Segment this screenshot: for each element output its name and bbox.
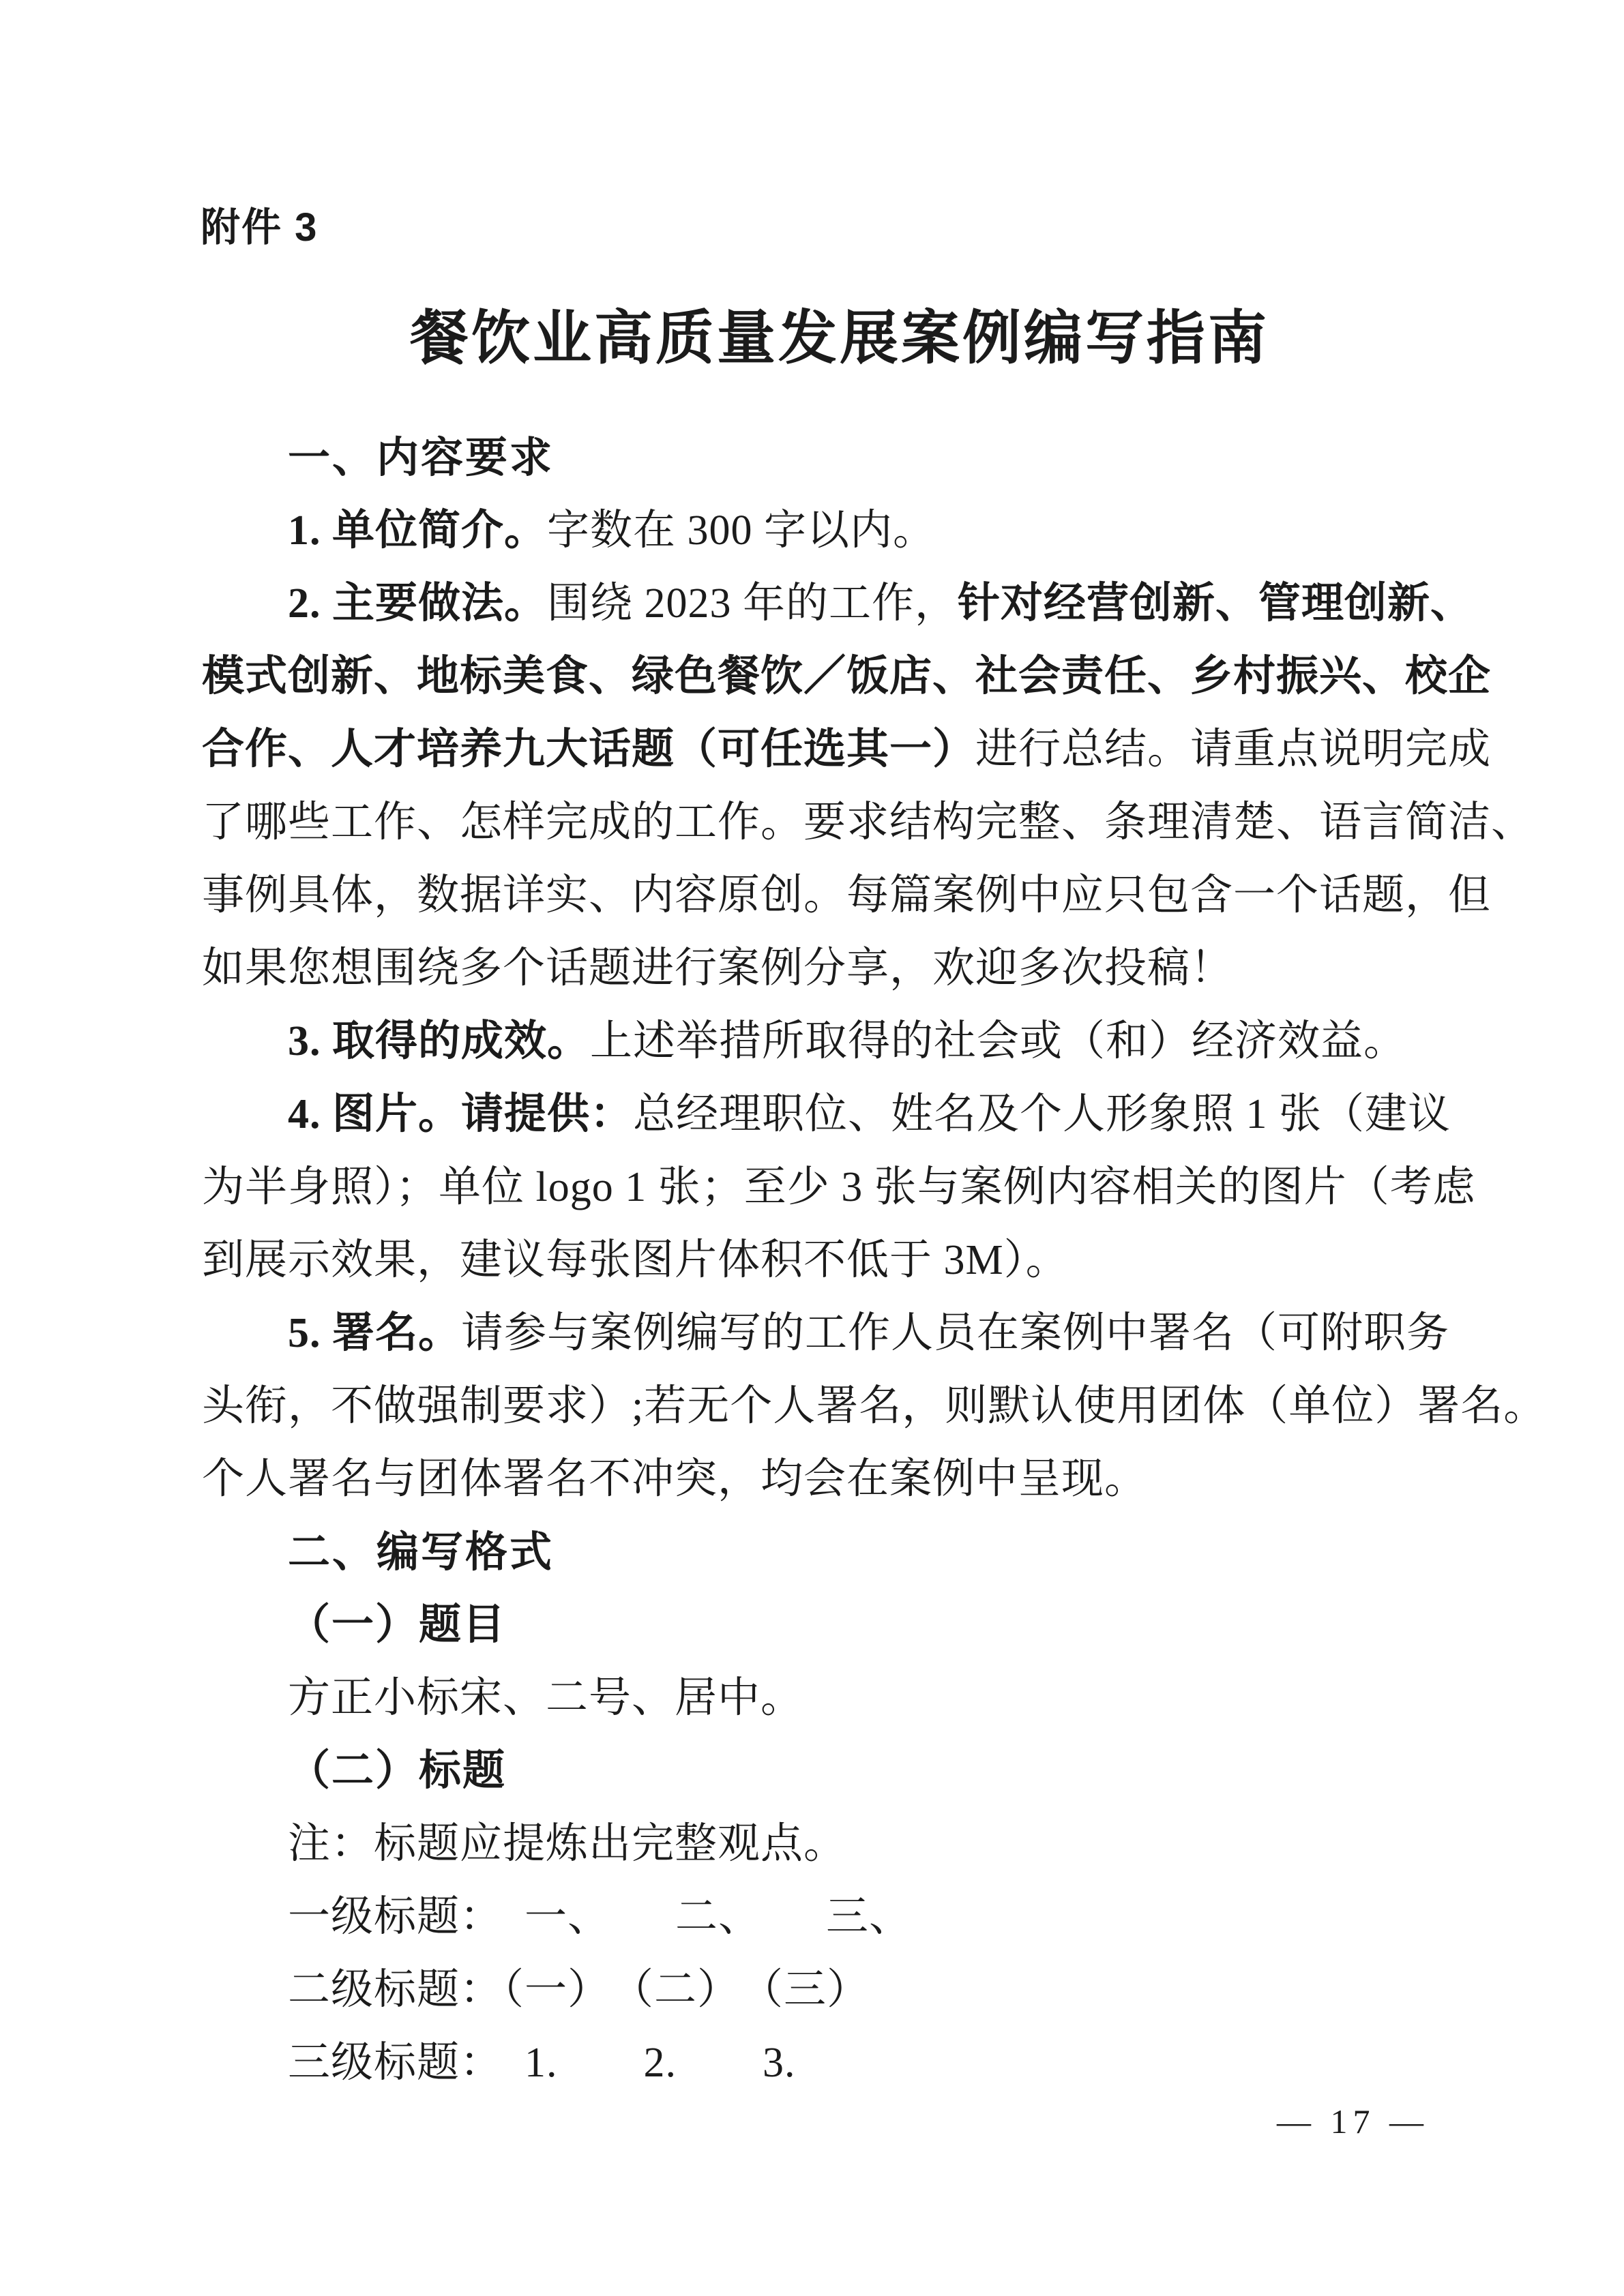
text-line: 事例具体，数据详实、内容原创。每篇案例中应只包含一个话题，但 [202, 859, 1479, 932]
text-segment: 一级标题： 一、 二、 三、 [288, 1894, 912, 1940]
bold-text-segment: （一）题目 [288, 1602, 506, 1648]
page-number: — 17 — [1277, 2102, 1429, 2141]
bold-text-segment: 3. 取得的成效。 [288, 1018, 590, 1064]
bold-text-segment: 合作、人才培养九大话题（可任选其一） [202, 726, 975, 773]
text-line: 2. 主要做法。围绕 2023 年的工作，针对经营创新、管理创新、 [202, 567, 1479, 640]
text-line: 模式创新、地标美食、绿色餐饮／饭店、社会责任、乡村振兴、校企 [202, 640, 1479, 713]
text-segment: 请参与案例编写的工作人员在案例中署名（可附职务 [461, 1310, 1449, 1356]
text-segment: 如果您想围绕多个话题进行案例分享，欢迎多次投稿！ [202, 945, 1233, 992]
document-body: 一、内容要求1. 单位简介。字数在 300 字以内。2. 主要做法。围绕 202… [202, 421, 1479, 2100]
text-segment: 上述举措所取得的社会或（和）经济效益。 [590, 1018, 1406, 1064]
text-segment: 了哪些工作、怎样完成的工作。要求结构完整、条理清楚、语言简洁、 [202, 799, 1534, 846]
text-segment: 事例具体，数据详实、内容原创。每篇案例中应只包含一个话题，但 [202, 872, 1491, 919]
text-line: 个人署名与团体署名不冲突，均会在案例中呈现。 [202, 1443, 1479, 1516]
text-line: 5. 署名。请参与案例编写的工作人员在案例中署名（可附职务 [202, 1297, 1479, 1370]
bold-text-segment: 5. 署名。 [288, 1310, 461, 1356]
text-segment: 二级标题：（一） （二） （三） [288, 1967, 870, 2013]
text-line: 4. 图片。请提供：总经理职位、姓名及个人形象照 1 张（建议 [202, 1078, 1479, 1151]
section-heading: 二、编写格式 [202, 1516, 1479, 1589]
document-page: 附件 3 餐饮业高质量发展案例编写指南 一、内容要求1. 单位简介。字数在 30… [0, 0, 1624, 2296]
bold-text-segment: 针对经营创新、管理创新、 [958, 580, 1473, 627]
text-segment: 三级标题： 1. 2. 3. [288, 2040, 796, 2086]
text-line: 合作、人才培养九大话题（可任选其一）进行总结。请重点说明完成 [202, 713, 1479, 786]
text-line: 注：标题应提炼出完整观点。 [202, 1808, 1479, 1881]
text-segment: 围绕 2023 年的工作， [547, 580, 958, 627]
text-segment: 字数在 300 字以内。 [547, 507, 936, 554]
text-line: 了哪些工作、怎样完成的工作。要求结构完整、条理清楚、语言简洁、 [202, 786, 1479, 859]
text-segment: 到展示效果，建议每张图片体积不低于 3M）。 [202, 1237, 1069, 1283]
bold-text-segment: 2. 主要做法。 [288, 580, 547, 627]
text-segment: 头衔，不做强制要求）;若无个人署名，则默认使用团体（单位）署名。 [202, 1383, 1546, 1429]
bold-text-segment: 4. 图片。请提供： [288, 1091, 633, 1137]
text-segment: 为半身照）；单位 logo 1 张；至少 3 张与案例内容相关的图片（考虑 [202, 1164, 1476, 1210]
text-line: 头衔，不做强制要求）;若无个人署名，则默认使用团体（单位）署名。 [202, 1370, 1479, 1443]
bold-text-segment: 一、内容要求 [288, 434, 554, 481]
text-segment: 进行总结。请重点说明完成 [975, 726, 1491, 773]
text-line: 到展示效果，建议每张图片体积不低于 3M）。 [202, 1224, 1479, 1297]
text-segment: 总经理职位、姓名及个人形象照 1 张（建议 [633, 1091, 1451, 1137]
text-line: 1. 单位简介。字数在 300 字以内。 [202, 494, 1479, 567]
text-line: 如果您想围绕多个话题进行案例分享，欢迎多次投稿！ [202, 932, 1479, 1005]
text-line: 方正小标宋、二号、居中。 [202, 1662, 1479, 1735]
annex-label: 附件 3 [201, 195, 318, 252]
sub-heading: （二）标题 [202, 1735, 1479, 1808]
text-line: 三级标题： 1. 2. 3. [202, 2027, 1479, 2100]
sub-heading: （一）题目 [202, 1589, 1479, 1662]
text-segment: 个人署名与团体署名不冲突，均会在案例中呈现。 [202, 1456, 1147, 1502]
page-title: 餐饮业高质量发展案例编写指南 [202, 290, 1477, 375]
bold-text-segment: 模式创新、地标美食、绿色餐饮／饭店、社会责任、乡村振兴、校企 [202, 653, 1491, 700]
bold-text-segment: 二、编写格式 [288, 1529, 554, 1576]
bold-text-segment: （二）标题 [288, 1748, 506, 1794]
text-segment: 注：标题应提炼出完整观点。 [288, 1821, 846, 1867]
text-line: 一级标题： 一、 二、 三、 [202, 1881, 1479, 1954]
text-segment: 方正小标宋、二号、居中。 [288, 1675, 803, 1721]
text-line: 为半身照）；单位 logo 1 张；至少 3 张与案例内容相关的图片（考虑 [202, 1151, 1479, 1224]
bold-text-segment: 1. 单位简介。 [288, 507, 547, 554]
text-line: 二级标题：（一） （二） （三） [202, 1954, 1479, 2027]
text-line: 3. 取得的成效。上述举措所取得的社会或（和）经济效益。 [202, 1005, 1479, 1078]
section-heading: 一、内容要求 [202, 421, 1479, 494]
